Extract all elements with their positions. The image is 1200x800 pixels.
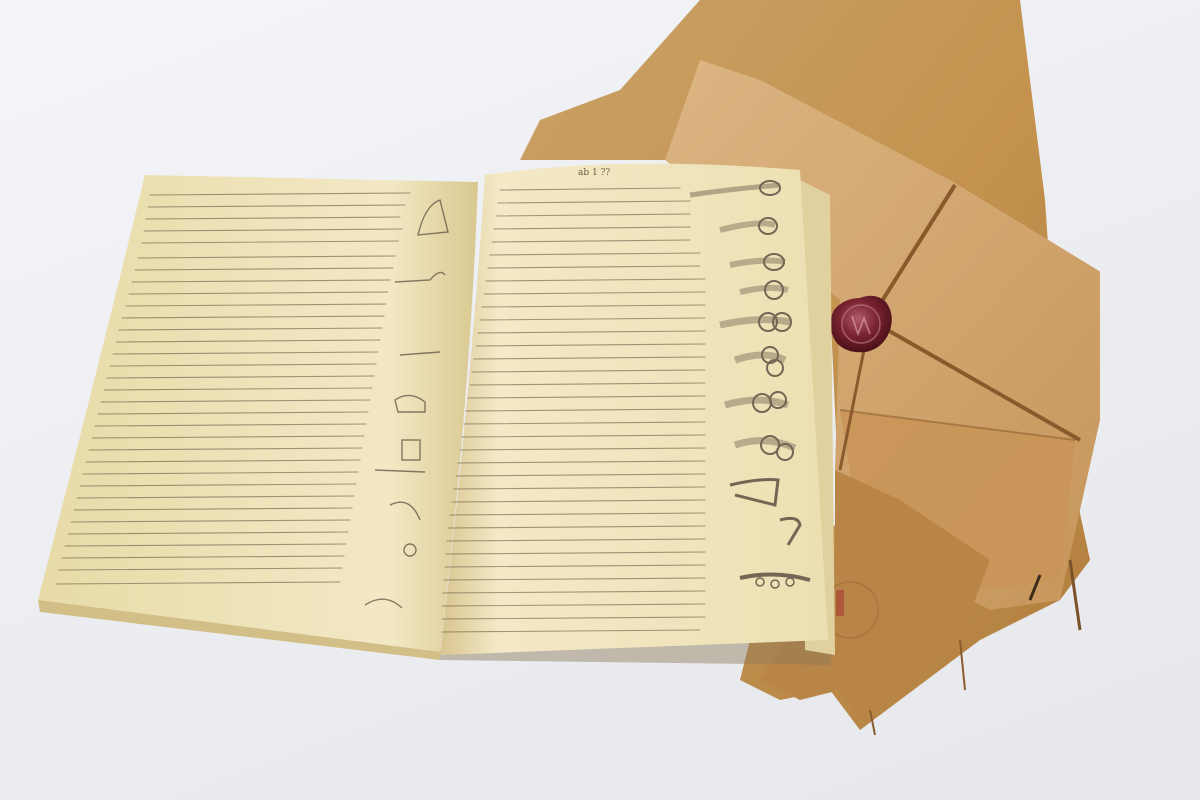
open-manuscript: ab 1 ?? [30, 160, 850, 670]
photo-scene: ab 1 ?? Facsimile of a Renaissance manus… [0, 0, 1200, 800]
page-header: ab 1 ?? [578, 168, 610, 178]
